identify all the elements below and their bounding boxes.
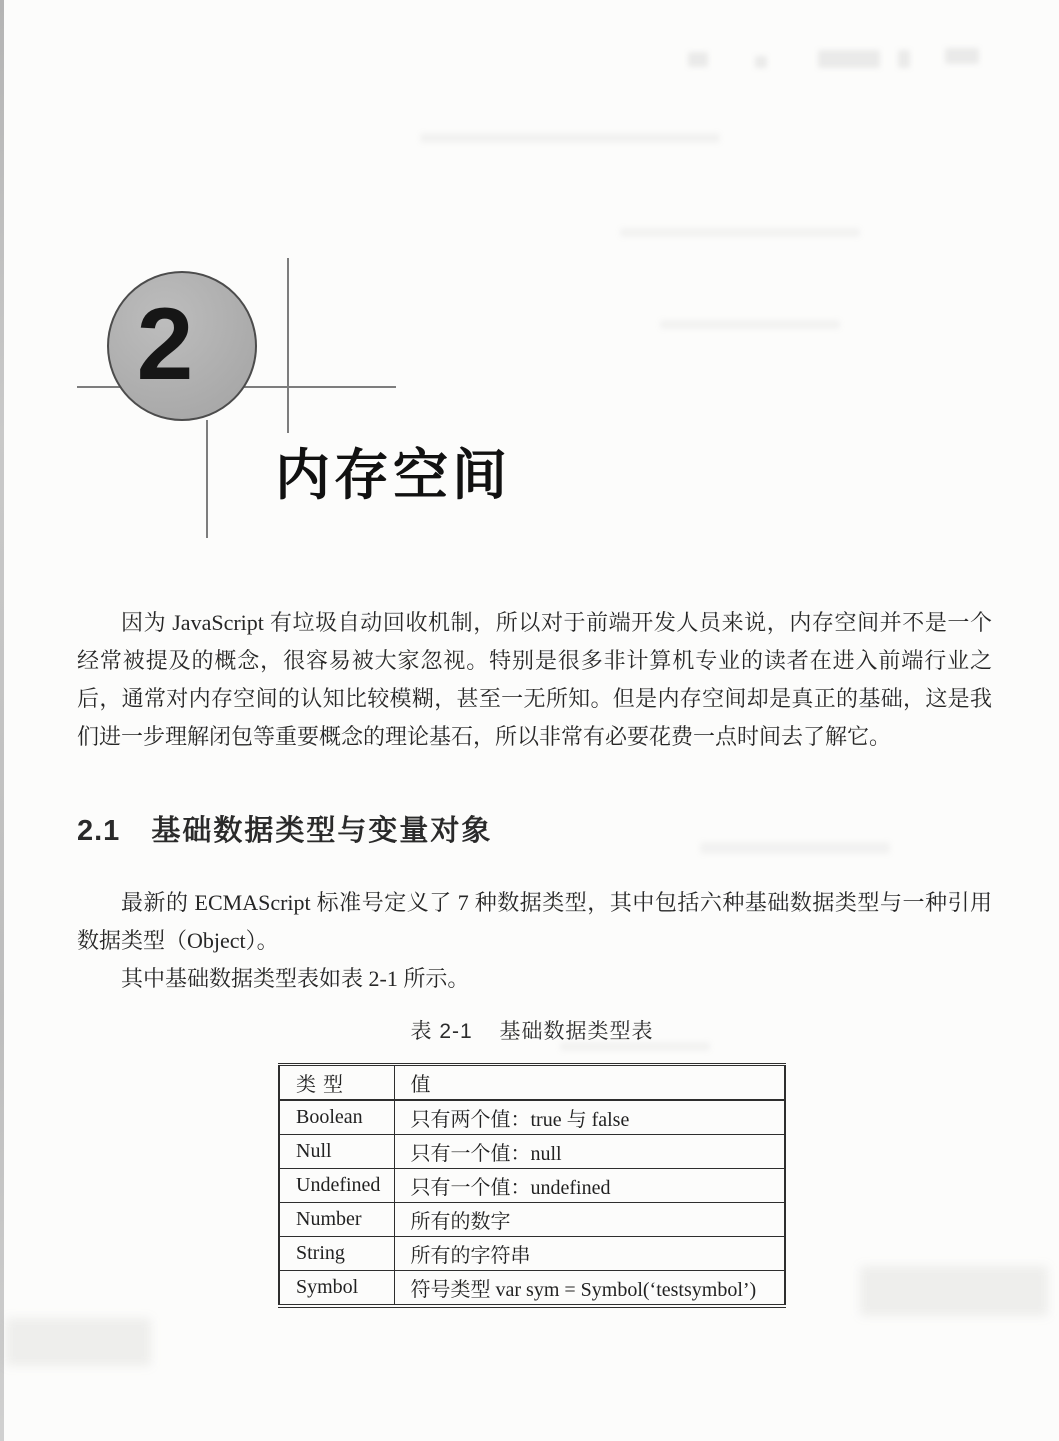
paragraph-table-reference: 其中基础数据类型表如表 2-1 所示。 [77,960,992,998]
bleed-through-artifact [560,1042,710,1051]
table-caption-title: 基础数据类型表 [500,1020,654,1043]
cell-value: 符号类型 var sym = Symbol(‘testsymbol’) [394,1271,785,1307]
section-number: 2.1 [77,815,120,848]
scan-edge-artifact [0,0,4,1441]
bleed-through-artifact [6,1318,151,1366]
header-cell-type: 类 型 [279,1065,394,1101]
cell-type: Boolean [279,1100,394,1135]
table-row: Undefined 只有一个值：undefined [279,1169,785,1203]
bleed-through-artifact [620,228,860,237]
chapter-number: 2 [92,273,238,419]
table-row: String 所有的字符串 [279,1237,785,1271]
bleed-through-artifact [818,50,880,68]
table-row: Boolean 只有两个值：true 与 false [279,1100,785,1135]
table-row: Null 只有一个值：null [279,1135,785,1169]
cell-type: Null [279,1135,394,1169]
table-caption-label: 表 2-1 [410,1020,472,1043]
cell-value: 只有一个值：undefined [394,1169,785,1203]
cell-value: 所有的数字 [394,1203,785,1237]
bleed-through-artifact [945,48,979,64]
cell-type: String [279,1237,394,1271]
header-cell-value: 值 [394,1065,785,1101]
table-row: Number 所有的数字 [279,1203,785,1237]
bleed-through-artifact [755,56,767,68]
table-header-row: 类 型 值 [279,1065,785,1101]
bleed-through-artifact [660,320,840,329]
cell-value: 所有的字符串 [394,1237,785,1271]
bleed-through-artifact [860,1266,1048,1316]
intro-paragraph: 因为 JavaScript 有垃圾自动回收机制，所以对于前端开发人员来说，内存空… [77,604,992,756]
section-heading: 2.1 基础数据类型与变量对象 [77,808,492,849]
bleed-through-artifact [688,52,708,67]
paragraph-data-types: 最新的 ECMAScript 标准号定义了 7 种数据类型，其中包括六种基础数据… [77,884,992,960]
table-row: Symbol 符号类型 var sym = Symbol(‘testsymbol… [279,1271,785,1307]
chapter-crosshair-vline-lower [206,420,208,538]
chapter-title: 内存空间 [275,431,511,510]
book-page: 2 内存空间 因为 JavaScript 有垃圾自动回收机制，所以对于前端开发人… [0,0,1059,1441]
basic-data-types-table: 类 型 值 Boolean 只有两个值：true 与 false Null 只有… [278,1063,786,1308]
table-caption: 表 2-1 基础数据类型表 [278,1015,786,1045]
cell-value: 只有一个值：null [394,1135,785,1169]
bleed-through-artifact [700,842,890,854]
cell-value: 只有两个值：true 与 false [394,1100,785,1135]
section-title: 基础数据类型与变量对象 [151,808,492,849]
bleed-through-artifact [898,50,910,68]
cell-type: Symbol [279,1271,394,1307]
chapter-crosshair-vline-upper [287,258,289,433]
chapter-number-badge: 2 [107,271,257,421]
cell-type: Number [279,1203,394,1237]
bleed-through-artifact [420,133,720,143]
cell-type: Undefined [279,1169,394,1203]
